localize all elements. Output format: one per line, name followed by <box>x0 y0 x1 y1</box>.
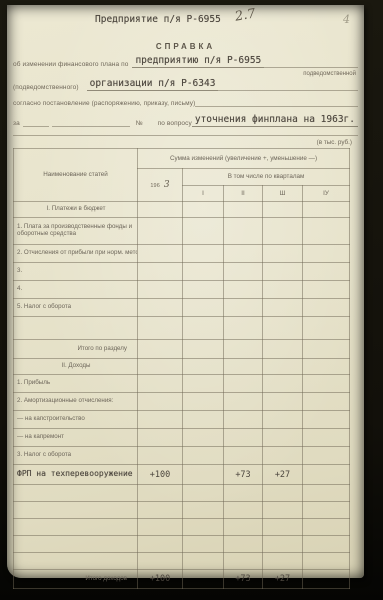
row-value <box>303 411 350 429</box>
row-value <box>224 375 263 393</box>
row-value <box>303 218 350 245</box>
table-row: 3. <box>14 263 350 281</box>
row-value <box>263 299 303 317</box>
row-value <box>263 340 303 359</box>
row-value <box>183 359 224 375</box>
row-value <box>183 447 224 465</box>
table-header: Наименование статей Сумма изменений (уве… <box>14 149 350 202</box>
row-value <box>224 447 263 465</box>
table-row: — на капремонт <box>14 429 350 447</box>
row-label: Итого по разделу <box>14 340 138 359</box>
row-label <box>14 317 138 340</box>
year-prefix: 196 <box>150 183 159 189</box>
subject-typed-value: предприятию п/я Р-6955 <box>132 55 264 68</box>
table-row: 3. Налог с оборота <box>14 447 350 465</box>
table-row: 5. Налог с оборота <box>14 299 350 317</box>
table-row <box>14 553 350 570</box>
table-row: II. Доходы <box>14 359 350 375</box>
row-label: 2. Отчисления от прибыли при норм. метод… <box>14 245 138 263</box>
row-value <box>263 429 303 447</box>
row-value <box>263 317 303 340</box>
table-row: ФРП на техперевооружение+100+73+27 <box>14 465 350 485</box>
row-label: 3. Налог с оборота <box>14 447 138 465</box>
row-value <box>138 263 183 281</box>
row-value <box>303 502 350 519</box>
row-value <box>138 447 183 465</box>
row-value <box>224 429 263 447</box>
number-subject-line: за № по вопросу уточнения финплана на 19… <box>13 114 358 127</box>
subject-printed-label: об изменении финансового плана по <box>13 61 128 68</box>
row-value <box>183 281 224 299</box>
document-photo: Предприятие п/я Р-6955 2.7 4 СПРАВКА об … <box>0 0 383 600</box>
horizontal-rule <box>13 134 358 136</box>
row-value: +27 <box>263 570 303 589</box>
row-value <box>183 502 224 519</box>
row-value <box>303 317 350 340</box>
number-symbol: № <box>136 120 143 127</box>
basis-line: согласно постановление (распоряжению, пр… <box>13 97 358 107</box>
column-header-q2: II <box>224 186 263 202</box>
organization-typed-value: организации п/я Р-6343 <box>87 78 219 91</box>
row-value <box>138 299 183 317</box>
row-value <box>138 281 183 299</box>
row-value <box>138 359 183 375</box>
row-label <box>14 536 138 553</box>
column-header-q3: Ш <box>263 186 303 202</box>
row-value <box>183 263 224 281</box>
row-value <box>183 570 224 589</box>
table-row <box>14 536 350 553</box>
finplan-table: Наименование статей Сумма изменений (уве… <box>13 148 350 589</box>
row-value <box>138 202 183 218</box>
row-value <box>263 359 303 375</box>
row-value <box>263 502 303 519</box>
row-value <box>138 553 183 570</box>
row-value <box>224 411 263 429</box>
date-prefix-label: за <box>13 120 20 127</box>
row-value <box>263 536 303 553</box>
row-value: +100 <box>138 465 183 485</box>
row-value: +73 <box>224 570 263 589</box>
addressee-line: Предприятие п/я Р-6955 2.7 4 <box>7 5 364 32</box>
date-blank <box>23 118 49 127</box>
row-label: II. Доходы <box>14 359 138 375</box>
row-label: I. Платежи в бюджет <box>14 202 138 218</box>
row-value <box>224 245 263 263</box>
row-value <box>183 536 224 553</box>
row-value <box>303 245 350 263</box>
row-value <box>183 411 224 429</box>
row-value <box>303 447 350 465</box>
organization-printed-label: (подведомственного) <box>13 84 79 91</box>
document-title: СПРАВКА <box>7 42 364 51</box>
year-handwritten-digit: 3 <box>164 180 170 190</box>
row-value <box>303 519 350 536</box>
row-value <box>303 281 350 299</box>
row-value <box>224 502 263 519</box>
row-value <box>303 553 350 570</box>
row-label: 1. Прибыль <box>14 375 138 393</box>
table-row: 1. Прибыль <box>14 375 350 393</box>
row-value <box>224 202 263 218</box>
row-label <box>14 502 138 519</box>
row-value <box>303 263 350 281</box>
units-note: (в тыс. руб.) <box>7 139 352 146</box>
row-value <box>263 375 303 393</box>
row-value <box>224 263 263 281</box>
addressee-typed: Предприятие п/я Р-6955 <box>95 14 221 25</box>
rule-fill <box>195 97 358 107</box>
basis-printed-label: согласно постановление (распоряжению, пр… <box>13 100 195 107</box>
row-value <box>303 465 350 485</box>
subordinate-label: подведомственной <box>7 71 356 77</box>
paper: Предприятие п/я Р-6955 2.7 4 СПРАВКА об … <box>7 5 364 578</box>
row-value <box>303 359 350 375</box>
row-value <box>183 202 224 218</box>
row-value <box>303 393 350 411</box>
row-value <box>138 218 183 245</box>
row-value <box>224 281 263 299</box>
row-value <box>138 375 183 393</box>
row-label <box>14 485 138 502</box>
row-value <box>263 218 303 245</box>
row-value <box>183 553 224 570</box>
table-row <box>14 519 350 536</box>
table-row: 4. <box>14 281 350 299</box>
row-value <box>183 245 224 263</box>
row-value <box>303 340 350 359</box>
row-label: 3. <box>14 263 138 281</box>
row-value <box>303 375 350 393</box>
row-value <box>138 340 183 359</box>
row-value <box>263 245 303 263</box>
column-header-q4: IУ <box>303 186 350 202</box>
row-value <box>303 536 350 553</box>
row-label: — на капстроительство <box>14 411 138 429</box>
row-value: +100 <box>138 570 183 589</box>
row-value <box>138 411 183 429</box>
row-label: ФРП на техперевооружение <box>14 465 138 485</box>
row-value <box>224 359 263 375</box>
row-value <box>263 202 303 218</box>
organization-line: (подведомственного) организации п/я Р-63… <box>13 78 358 91</box>
row-value <box>183 218 224 245</box>
row-label: 1. Плата за производственные фонды и обо… <box>14 218 138 245</box>
row-label: Итого доходов <box>14 570 138 589</box>
table-row: Итого доходов+100+73+27 <box>14 570 350 589</box>
row-value <box>183 465 224 485</box>
row-value <box>224 519 263 536</box>
table-row <box>14 485 350 502</box>
subject-line: об изменении финансового плана по предпр… <box>13 55 358 68</box>
row-value: +73 <box>224 465 263 485</box>
row-value <box>263 263 303 281</box>
row-label: 4. <box>14 281 138 299</box>
row-value <box>263 411 303 429</box>
row-value <box>303 485 350 502</box>
row-value <box>183 375 224 393</box>
row-value <box>263 393 303 411</box>
row-label <box>14 519 138 536</box>
row-value <box>183 299 224 317</box>
row-value <box>183 393 224 411</box>
table-row: — на капстроительство <box>14 411 350 429</box>
row-value <box>183 429 224 447</box>
table-row <box>14 502 350 519</box>
row-value <box>224 536 263 553</box>
row-value <box>303 429 350 447</box>
row-value <box>224 218 263 245</box>
rule-fill <box>218 81 358 91</box>
row-value <box>263 519 303 536</box>
row-value <box>138 393 183 411</box>
row-value <box>183 317 224 340</box>
row-value <box>263 553 303 570</box>
column-header-sum: Сумма изменений (увеличение +, уменьшени… <box>138 149 350 169</box>
row-value <box>183 485 224 502</box>
table-row: Итого по разделу <box>14 340 350 359</box>
handwritten-note: 2.7 <box>234 6 257 24</box>
row-value <box>138 429 183 447</box>
table-row: 1. Плата за производственные фонды и обо… <box>14 218 350 245</box>
row-value <box>138 502 183 519</box>
page-number: 4 <box>343 13 350 26</box>
table-row <box>14 317 350 340</box>
row-value <box>138 245 183 263</box>
row-value <box>263 485 303 502</box>
row-value <box>303 202 350 218</box>
row-value <box>224 299 263 317</box>
column-header-quarters: В том числе по кварталам <box>183 169 350 186</box>
column-header-name: Наименование статей <box>14 149 138 202</box>
table-row: I. Платежи в бюджет <box>14 202 350 218</box>
row-value <box>183 340 224 359</box>
question-typed-value: уточнения финплана на 1963г. <box>192 114 358 127</box>
row-value <box>263 447 303 465</box>
row-label <box>14 553 138 570</box>
row-value <box>224 393 263 411</box>
row-value <box>138 536 183 553</box>
row-value <box>224 485 263 502</box>
row-label: 2. Амортизационные отчисления: <box>14 393 138 411</box>
row-value <box>138 317 183 340</box>
question-printed-label: по вопросу <box>158 120 192 127</box>
row-value <box>183 519 224 536</box>
row-label: 5. Налог с оборота <box>14 299 138 317</box>
row-value <box>138 485 183 502</box>
row-value <box>263 281 303 299</box>
row-value: +27 <box>263 465 303 485</box>
row-value <box>303 299 350 317</box>
row-label: — на капремонт <box>14 429 138 447</box>
table-row: 2. Амортизационные отчисления: <box>14 393 350 411</box>
table-row: 2. Отчисления от прибыли при норм. метод… <box>14 245 350 263</box>
row-value <box>224 340 263 359</box>
row-value <box>138 519 183 536</box>
row-value <box>303 570 350 589</box>
rule-fill <box>264 58 358 68</box>
row-value <box>224 317 263 340</box>
row-value <box>224 553 263 570</box>
column-header-year: 1963 <box>138 169 183 202</box>
month-blank <box>52 118 130 127</box>
table-body: I. Платежи в бюджет1. Плата за производс… <box>14 202 350 589</box>
column-header-q1: I <box>183 186 224 202</box>
